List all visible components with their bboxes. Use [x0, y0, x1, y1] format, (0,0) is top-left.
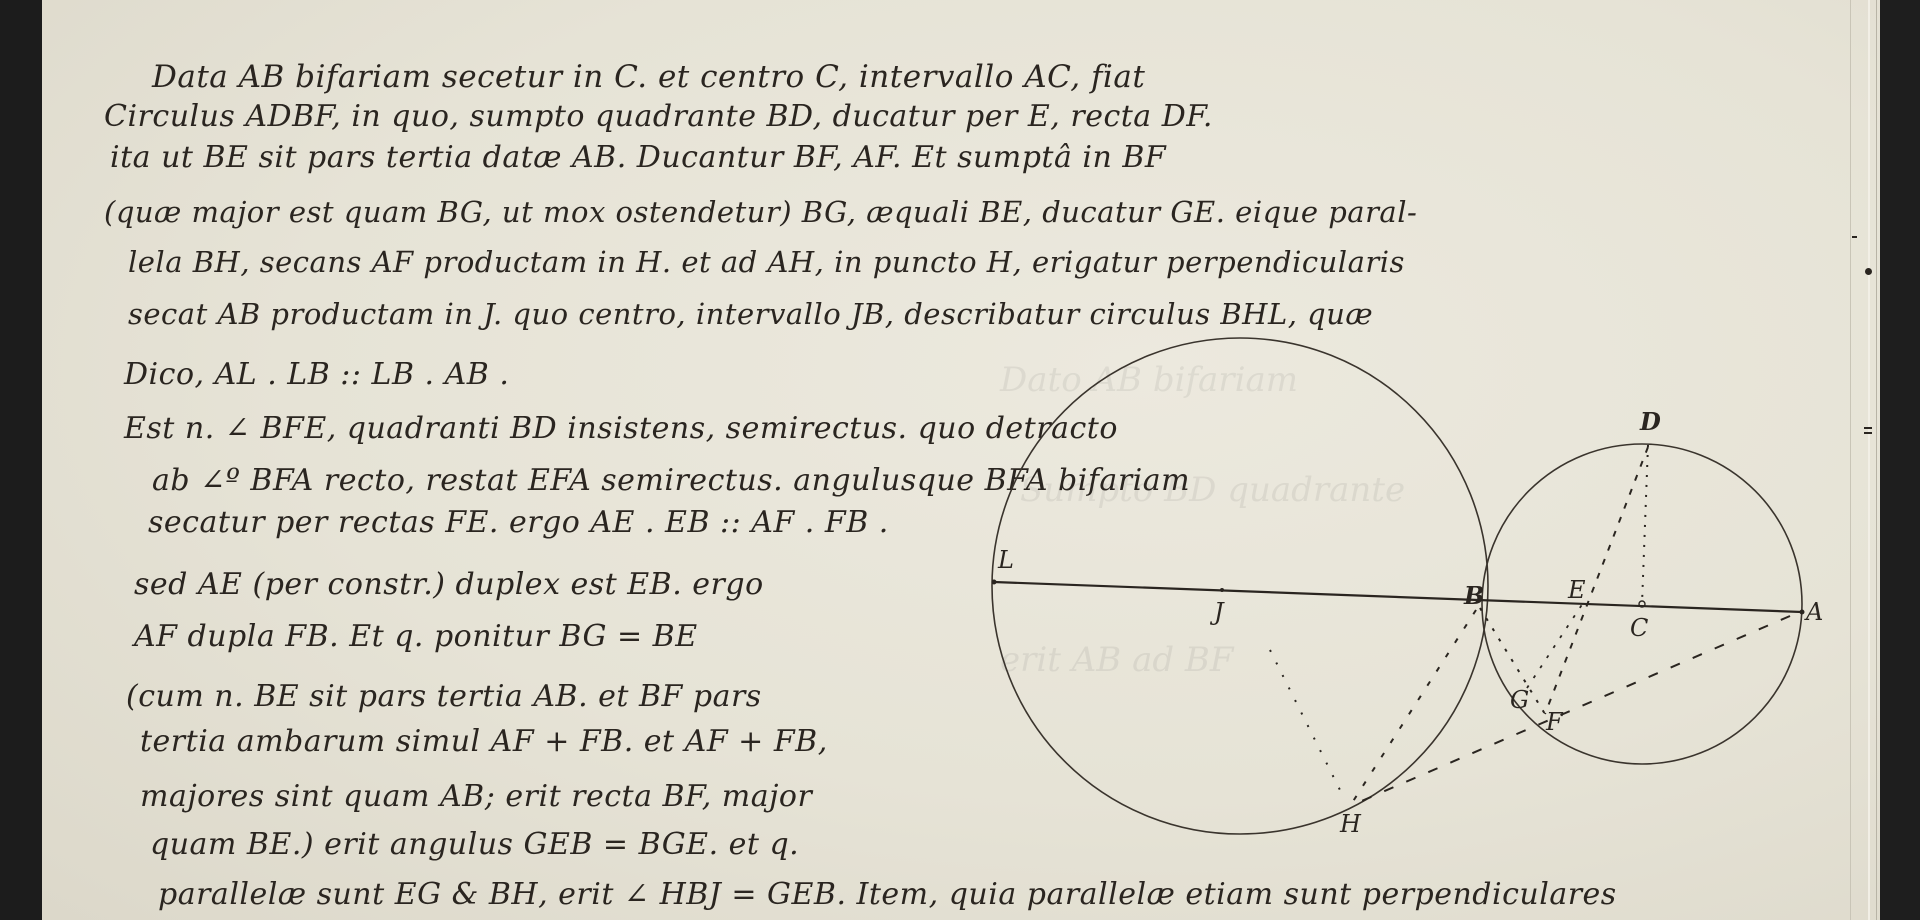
- margin-dot: [1865, 268, 1872, 275]
- margin-tick: [1864, 432, 1872, 434]
- margin-tick: [1852, 236, 1857, 238]
- manuscript-line-12: AF dupla FB. Et q. ponitur BG = BE: [134, 622, 698, 652]
- manuscript-line-17: parallelæ sunt EG & BH, erit ∠ HBJ = GEB…: [158, 880, 1617, 910]
- manuscript-line-4: (quæ major est quam BG, ut mox ostendetu…: [104, 198, 1417, 227]
- label-D: D: [1640, 410, 1661, 434]
- manuscript-line-13: (cum n. BE sit pars tertia AB. et BF par…: [126, 682, 762, 712]
- manuscript-line-8: Est n. ∠ BFE, quadranti BD insistens, se…: [124, 414, 1118, 444]
- manuscript-line-9: ab ∠º BFA recto, restat EFA semirectus. …: [152, 466, 1190, 496]
- page-fold-line: [1850, 0, 1851, 920]
- manuscript-line-5: lela BH, secans AF productam in H. et ad…: [128, 248, 1405, 277]
- label-B: B: [1464, 584, 1484, 608]
- manuscript-line-14: tertia ambarum simul AF + FB. et AF + FB…: [140, 727, 828, 757]
- manuscript-line-2: Circulus ADBF, in quo, sumpto quadrante …: [104, 102, 1213, 132]
- bleed-through-text: erit AB ad BF: [1000, 640, 1233, 680]
- manuscript-line-3: ita ut BE sit pars tertia datæ AB. Ducan…: [110, 143, 1166, 173]
- label-E: E: [1568, 578, 1586, 602]
- bleed-through-text: Dato AB bifariam: [1000, 360, 1298, 400]
- manuscript-line-10: secatur per rectas FE. ergo AE . EB :: A…: [148, 508, 889, 538]
- manuscript-line-7: Dico, AL . LB :: LB . AB .: [124, 360, 509, 390]
- manuscript-line-6: secat AB productam in J. quo centro, int…: [128, 300, 1373, 329]
- margin-tick: [1864, 427, 1872, 429]
- manuscript-line-15: majores sint quam AB; erit recta BF, maj…: [140, 782, 812, 812]
- label-F: F: [1546, 710, 1563, 734]
- label-L: L: [998, 548, 1014, 572]
- label-G: G: [1510, 688, 1529, 712]
- scan-border-right: [1880, 0, 1920, 920]
- scan-border-left: [0, 0, 42, 920]
- label-J: J: [1214, 600, 1224, 624]
- manuscript-line-11: sed AE (per constr.) duplex est EB. ergo: [134, 570, 764, 600]
- page-fold-highlight: [1868, 0, 1870, 920]
- label-H: H: [1340, 812, 1361, 836]
- page-edge-line: [1876, 0, 1877, 920]
- label-C: C: [1630, 616, 1648, 640]
- label-A: A: [1806, 600, 1823, 624]
- manuscript-line-1: Data AB bifariam secetur in C. et centro…: [152, 62, 1145, 93]
- manuscript-line-16: quam BE.) erit angulus GEB = BGE. et q.: [150, 830, 799, 860]
